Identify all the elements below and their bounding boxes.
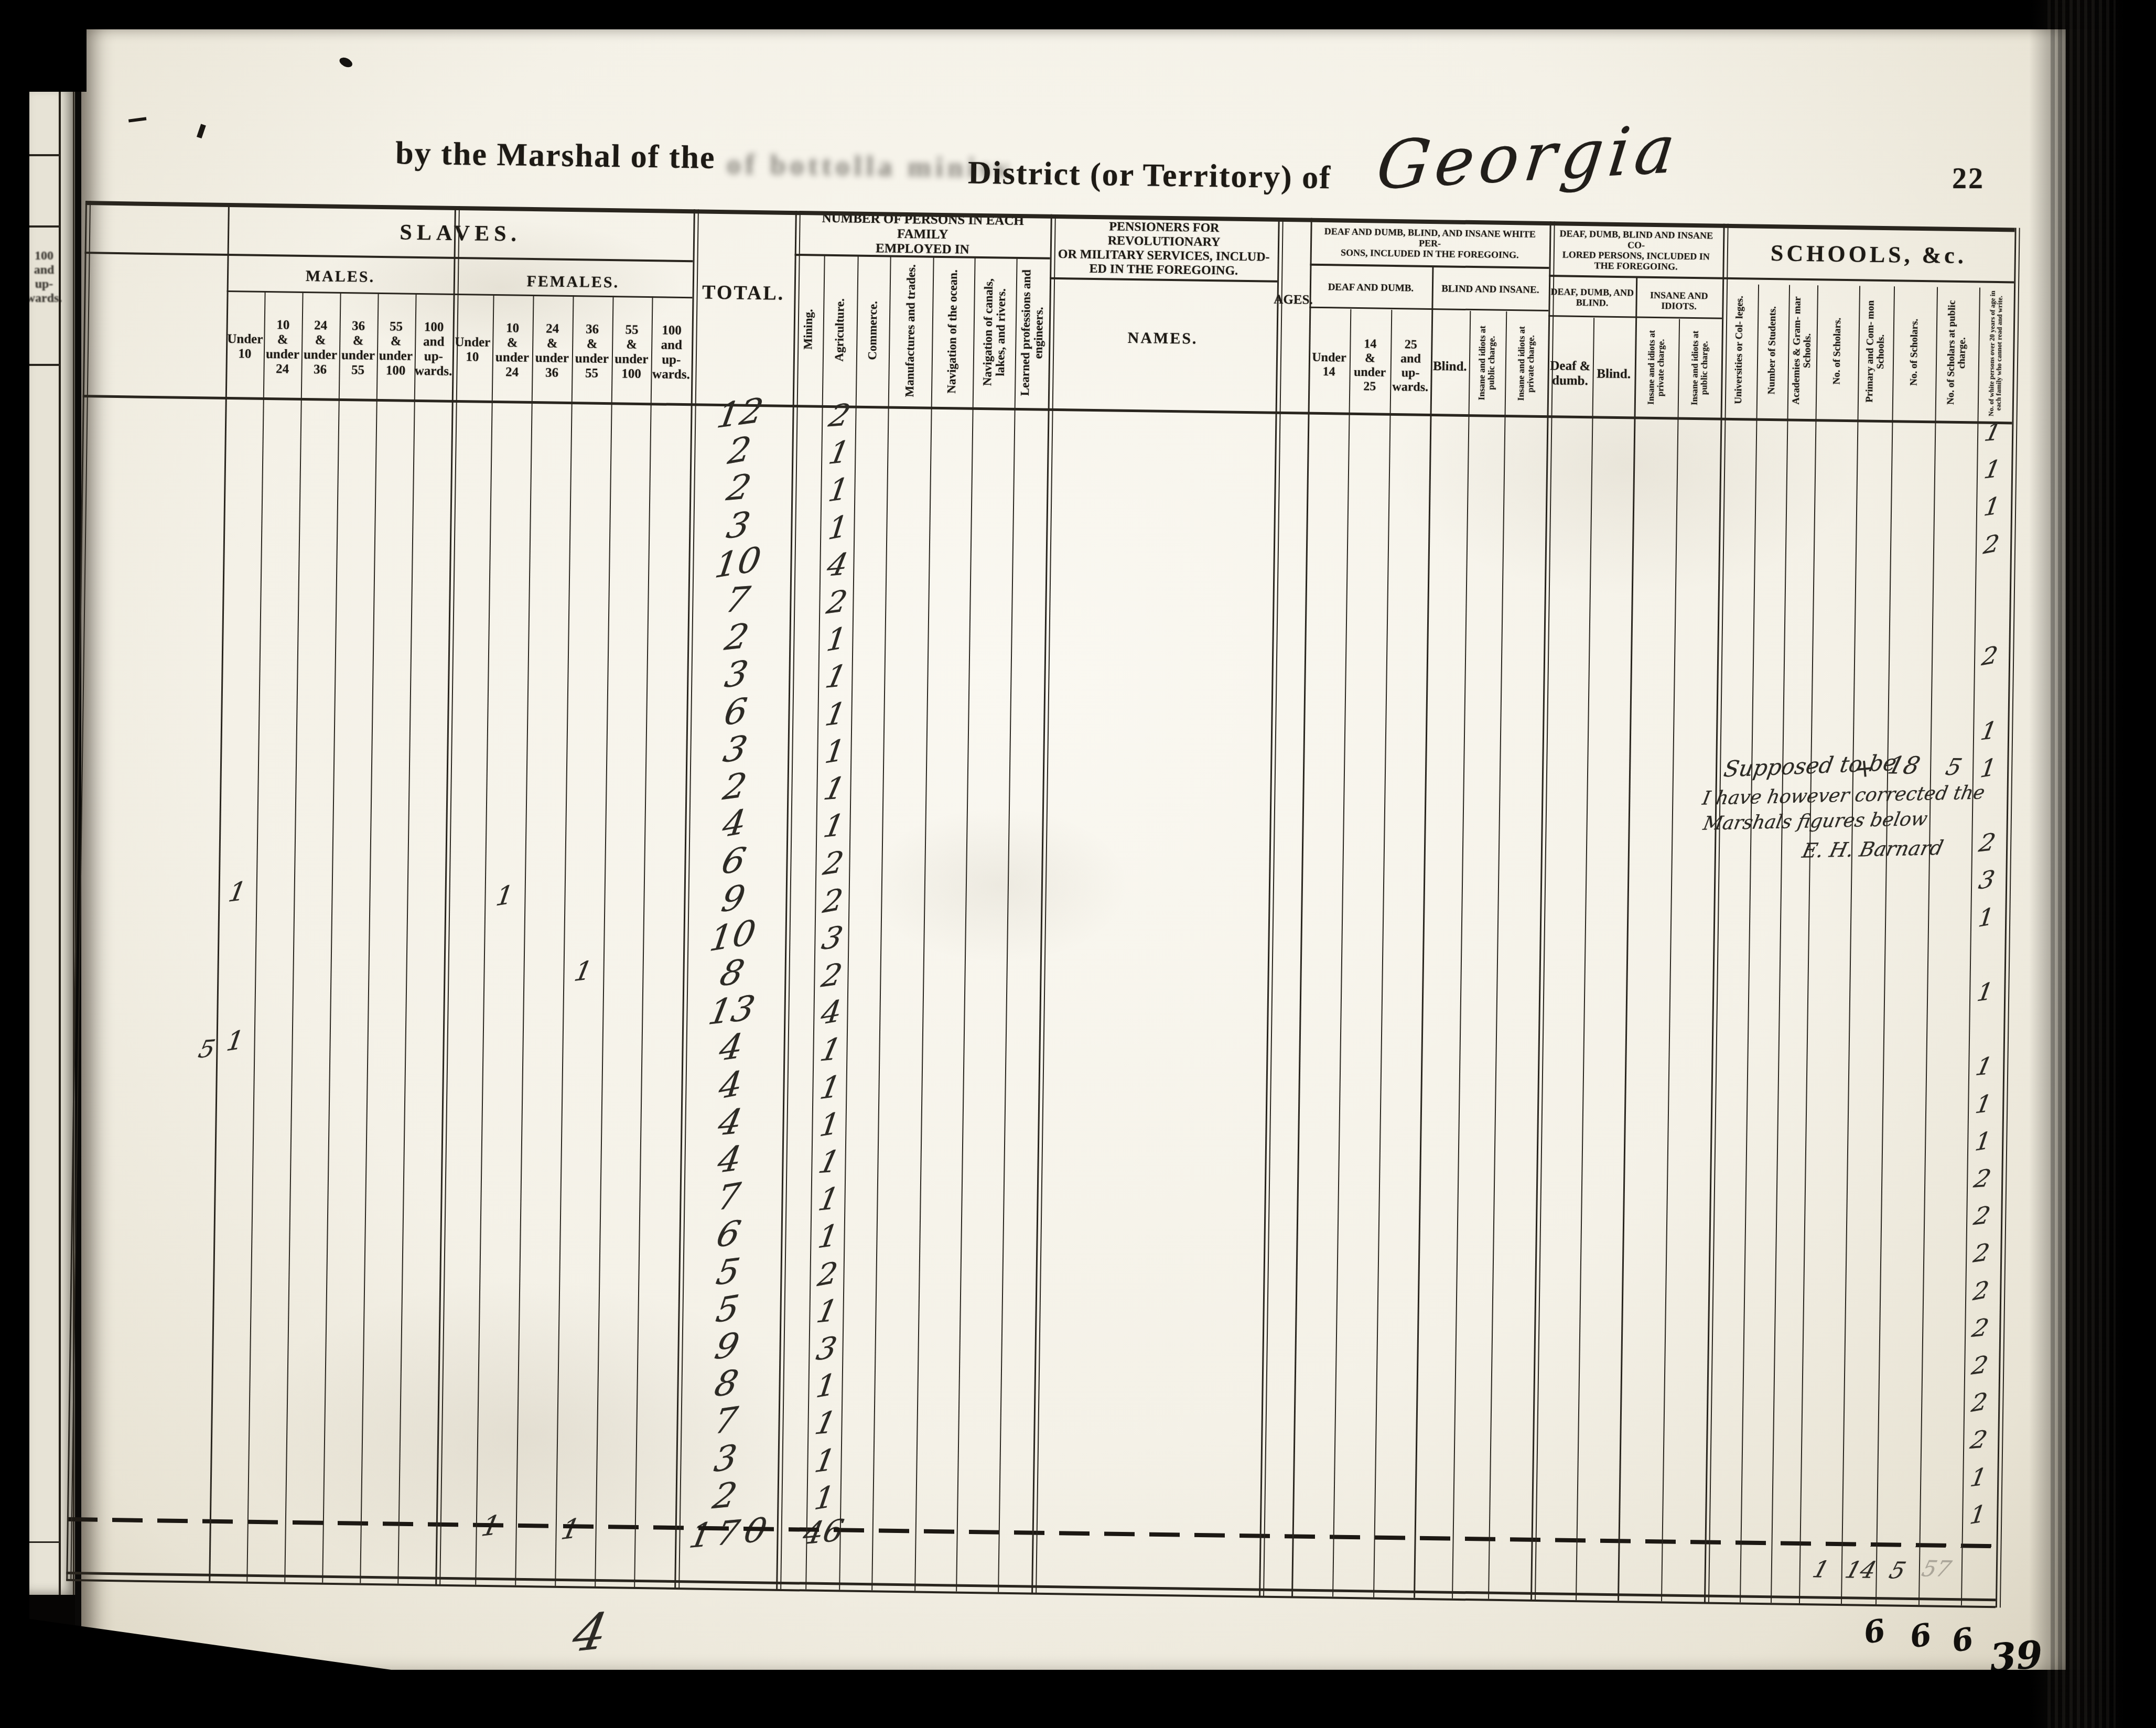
agriculture-value: 2 <box>821 844 846 882</box>
employment-group-title: NUMBER OF PERSONS IN EACH FAMILY EMPLOYE… <box>797 214 1049 255</box>
females-age-column-header: 55 & under 100 <box>611 308 652 396</box>
total-value: 2 <box>720 765 750 808</box>
total-value: 4 <box>720 802 748 846</box>
totals-schools-value-pencil: 57 <box>1919 1556 1954 1582</box>
colored-deaf-dumb-blind-title: DEAF, DUMB, AND BLIND. <box>1548 280 1636 314</box>
header-district-label: District (or Territory) of <box>967 155 1331 197</box>
slave-count-mark: 1 <box>224 1025 246 1057</box>
agriculture-value: 2 <box>821 881 845 920</box>
schools-column-header-text: No. of Scholars at public charge. <box>1946 288 1969 418</box>
column-line <box>515 295 534 1585</box>
males-age-column-header: Under 10 <box>225 303 264 391</box>
cannot-read-write-value: 1 <box>1968 1499 1988 1530</box>
agriculture-value: 1 <box>826 508 850 547</box>
slave-count-mark: 1 <box>494 879 515 912</box>
totals-total-value: 170 <box>686 1510 775 1556</box>
schools-column-header: No. of white persons over 20 years of ag… <box>1978 289 2014 418</box>
annotation-figure-18: 18 <box>1885 751 1923 780</box>
ink-stroke <box>128 117 146 122</box>
colored-insane-private-header-text: Insane and idiots at private charge. <box>1646 322 1666 413</box>
cannot-read-write-value: 1 <box>1968 1462 1989 1492</box>
females-age-column-header: 100 and up- wards. <box>651 308 692 397</box>
total-value: 5 <box>714 1287 742 1331</box>
cannot-read-write-value: 2 <box>1971 1275 1990 1305</box>
employment-column-header: Manufactures and trades. <box>888 262 933 400</box>
section-line <box>674 209 695 1589</box>
totals-schools-value: 1 <box>1809 1556 1832 1583</box>
cannot-read-write-value: 1 <box>1975 977 1996 1007</box>
total-value: 5 <box>713 1250 743 1293</box>
section-line <box>1704 224 1725 1604</box>
colored-insane-public-header: Insane and idiots at public charge. <box>1678 323 1722 414</box>
females-age-column-header: Under 10 <box>452 306 493 394</box>
total-value: 6 <box>713 1213 745 1255</box>
colored-blind-header: Blind. <box>1592 334 1635 414</box>
fragment-column-label: 100 and up- wards. <box>29 238 59 317</box>
colored-deaf-dumb-header: Deaf & dumb. <box>1547 334 1593 413</box>
column-line <box>914 257 934 1591</box>
schools-rule <box>1722 277 2014 284</box>
agriculture-value: 2 <box>816 1255 839 1293</box>
annotation-line2: I have however corrected the <box>1701 782 1987 809</box>
males-age-column-header: 55 & under 100 <box>376 305 415 393</box>
males-age-column-header: 100 and up- wards. <box>414 305 453 394</box>
scan-edge-left <box>0 0 29 1728</box>
total-value: 12 <box>714 390 766 436</box>
employment-column-header: Agriculture. <box>822 261 858 399</box>
ages-column-label: AGES. <box>1274 289 1313 311</box>
white-insane-public-header-text: Insane and idiots at public charge. <box>1477 316 1497 409</box>
agriculture-value: 1 <box>823 732 847 770</box>
males-age-column-header: 10 & under 24 <box>263 303 302 392</box>
column-line <box>1841 286 1860 1604</box>
cannot-read-write-value: 2 <box>1971 1201 1992 1231</box>
totals-female-mark: 1 <box>558 1513 583 1546</box>
scan-edge-top <box>0 0 2156 29</box>
total-column-label: TOTAL. <box>692 279 794 307</box>
employment-column-header-text: Navigation of canals, lakes, and rivers. <box>980 263 1008 401</box>
column-line <box>1875 286 1895 1604</box>
white-insane-public-header: Insane and idiots at public charge. <box>1469 316 1506 410</box>
agriculture-value: 4 <box>819 993 843 1032</box>
slave-count-mark: 1 <box>572 955 595 987</box>
colored-impaired-group-title: DEAF, DUMB, BLIND AND INSANE CO- LORED P… <box>1551 225 1721 276</box>
section-line <box>1291 218 1312 1598</box>
ink-blot <box>338 56 354 69</box>
section-line-double <box>1708 224 1729 1604</box>
total-value: 4 <box>717 1063 745 1107</box>
total-value: 2 <box>726 429 753 472</box>
total-value: 4 <box>715 1138 745 1181</box>
totals-schools-value: 5 <box>1886 1558 1909 1584</box>
agriculture-value: 1 <box>815 1181 842 1218</box>
column-line <box>1918 287 1938 1605</box>
total-value: 6 <box>723 690 750 733</box>
employment-column-header-text: Learned professions and engineers. <box>1018 264 1045 402</box>
agriculture-value: 1 <box>812 1478 837 1517</box>
slaves-rule <box>85 252 693 262</box>
section-line <box>1031 214 1052 1594</box>
agriculture-value: 1 <box>821 807 847 845</box>
agriculture-value: 1 <box>817 1068 844 1106</box>
total-value: 8 <box>716 952 748 994</box>
section-line-double <box>2000 228 2020 1608</box>
agriculture-value: 1 <box>812 1442 838 1479</box>
agriculture-value: 1 <box>822 658 850 695</box>
white-insane-private-header-text: Insane and idiots at private charge. <box>1516 317 1537 410</box>
total-value: 4 <box>715 1101 746 1143</box>
cannot-read-write-value: 2 <box>1971 1164 1993 1193</box>
annotation-signature: E. H. Barnard <box>1800 836 1946 862</box>
agriculture-value: 1 <box>814 1292 841 1330</box>
agriculture-value: 2 <box>824 583 850 621</box>
fragment-rule <box>29 364 60 366</box>
total-value: 9 <box>718 877 748 920</box>
column-line <box>1452 311 1471 1599</box>
section-line-double <box>678 209 699 1589</box>
cannot-read-write-value: 1 <box>1973 1052 1995 1081</box>
cannot-read-write-value: 1 <box>1978 753 1998 783</box>
column-line <box>956 258 976 1592</box>
white-impaired-age-header: 25 and up- wards. <box>1390 324 1431 408</box>
employment-column-header: Commerce. <box>856 262 890 399</box>
column-line <box>284 291 303 1582</box>
total-value: 7 <box>712 1399 740 1442</box>
schools-column-header: No. of Scholars. <box>1816 286 1859 416</box>
total-value: 2 <box>724 467 755 509</box>
section-line <box>209 203 230 1583</box>
total-value: 8 <box>712 1363 742 1405</box>
column-line <box>397 293 416 1584</box>
column-line <box>1373 310 1392 1597</box>
section-line-double <box>1036 214 1056 1594</box>
white-blind-header: Blind. <box>1430 325 1470 409</box>
agriculture-value: 1 <box>815 1143 844 1180</box>
white-blind-insane-title: BLIND AND INSANE. <box>1432 276 1549 304</box>
females-title: FEMALES. <box>454 269 693 295</box>
census-page: by the Marshal of the of bottolla minisv… <box>81 20 2066 1674</box>
agriculture-value: 1 <box>822 695 848 733</box>
agriculture-value: 4 <box>824 546 851 583</box>
cannot-read-write-value: 1 <box>1978 716 1999 746</box>
total-value: 6 <box>718 840 750 882</box>
slaves-title: SLAVES. <box>228 215 694 253</box>
column-line <box>555 295 574 1586</box>
schools-column-header: Primary and Com- mon Schools. <box>1858 287 1894 416</box>
total-value: 3 <box>724 504 753 546</box>
agriculture-value: 1 <box>814 1367 838 1405</box>
totals-schools-value: 14 <box>1842 1557 1879 1584</box>
white-deaf-dumb-title: DEAF AND DUMB. <box>1310 274 1432 302</box>
total-value: 7 <box>715 1175 743 1219</box>
employment-column-header: Mining. <box>793 261 824 398</box>
header-prefix: by the Marshal of the <box>395 135 716 176</box>
cannot-read-write-value: 3 <box>1977 865 1997 895</box>
schools-column-header: Academies & Gram- mar Schools. <box>1787 286 1817 415</box>
cannot-read-write-value: 2 <box>1968 1425 1990 1454</box>
females-age-column-header: 24 & under 36 <box>532 307 573 395</box>
column-line <box>246 291 265 1582</box>
total-value: 7 <box>721 579 753 621</box>
cannot-read-write-value: 1 <box>1982 455 2003 484</box>
white-impaired-age-header: 14 & under 25 <box>1349 323 1391 408</box>
cannot-read-write-value: 1 <box>1982 491 2002 522</box>
agriculture-value: 1 <box>812 1405 839 1442</box>
cannot-read-write-value: 2 <box>1970 1313 1991 1342</box>
cannot-read-write-value: 2 <box>1982 528 2001 559</box>
males-title: MALES. <box>227 264 454 289</box>
total-value: 4 <box>717 1026 746 1069</box>
section-line <box>1259 218 1280 1597</box>
total-value: 13 <box>705 988 758 1033</box>
white-insane-private-header: Insane and idiots at private charge. <box>1505 317 1548 411</box>
column-line <box>1799 285 1818 1603</box>
cannot-read-write-value: 2 <box>1970 1350 1990 1380</box>
agriculture-value: 1 <box>824 620 848 658</box>
agriculture-value: 1 <box>826 434 853 471</box>
total-value: 2 <box>709 1474 740 1517</box>
section-line-double <box>780 211 801 1591</box>
white-impaired-age-header: Under 14 <box>1308 323 1350 407</box>
scan-edge-right-streaks <box>2047 0 2116 1728</box>
employment-column-header: Navigation of the ocean. <box>931 263 975 401</box>
section-line-double <box>1263 218 1284 1597</box>
white-group-rule <box>1310 264 1549 269</box>
colored-insane-idiots-title: INSANE AND IDIOTS. <box>1635 288 1722 313</box>
total-value: 9 <box>711 1325 743 1367</box>
column-line <box>1771 285 1790 1603</box>
annotation-figure-5: 5 <box>1943 754 1965 781</box>
column-line <box>1414 267 1433 1598</box>
employment-column-header-text: Navigation of the ocean. <box>945 269 960 394</box>
total-value: 3 <box>720 728 751 771</box>
males-age-column-header: 24 & under 36 <box>301 304 340 392</box>
employment-column-header-text: Commerce. <box>866 301 880 360</box>
employment-column-header: Navigation of canals, lakes, and rivers. <box>973 263 1017 401</box>
annotation-cross-mark: + <box>1853 753 1877 784</box>
ink-stroke <box>197 124 206 138</box>
schools-column-header-text: Academies & Gram- mar Schools. <box>1791 286 1814 416</box>
cannot-read-write-value: 2 <box>1970 1387 1989 1418</box>
schools-column-header-text: Number of Students. <box>1767 306 1778 394</box>
agriculture-value: 2 <box>826 397 854 434</box>
total-value: 10 <box>707 912 759 959</box>
schools-column-header-text: Primary and Com- mon Schools. <box>1864 287 1887 417</box>
white-subgroup-rule <box>1309 307 1548 311</box>
cannot-read-write-value: 1 <box>1974 1126 1993 1157</box>
females-age-column-header: 10 & under 24 <box>492 306 533 395</box>
cannot-read-write-value: 2 <box>1971 1238 1991 1268</box>
annotation-line3: Marshals figures below <box>1701 808 1929 835</box>
total-value: 10 <box>713 539 764 586</box>
column-line <box>360 293 379 1583</box>
page-number-top: 22 <box>1952 163 1985 196</box>
column-line <box>1332 309 1351 1597</box>
column-line <box>871 257 891 1591</box>
section-line-double <box>439 206 460 1586</box>
column-line <box>1488 311 1507 1599</box>
employment-column-header-text: Mining. <box>802 309 815 350</box>
pensioners-group-title: PENSIONERS FOR REVOLUTIONARY OR MILITARY… <box>1052 220 1276 278</box>
names-column-label: NAMES. <box>1049 325 1277 352</box>
agriculture-value: 2 <box>819 956 845 994</box>
fragment-rule <box>29 1541 60 1543</box>
column-line <box>1576 318 1594 1600</box>
schools-column-header-text: No. of white persons over 20 years of ag… <box>1988 289 2004 418</box>
employment-column-header-text: Manufactures and trades. <box>903 264 918 397</box>
cannot-read-write-value: 1 <box>1977 902 1996 932</box>
schools-column-header: Universities or Col- leges. <box>1721 285 1758 415</box>
column-line <box>634 296 653 1587</box>
column-line <box>1618 277 1637 1601</box>
section-line <box>776 211 797 1591</box>
white-impaired-group-title: DEAF AND DUMB, BLIND, AND INSANE WHITE P… <box>1312 225 1548 262</box>
fragment-rule <box>29 154 60 156</box>
section-line-double <box>1535 221 1555 1601</box>
column-line <box>1661 319 1680 1602</box>
section-line <box>435 206 456 1586</box>
cannot-read-write-value: 2 <box>1980 641 2000 671</box>
agriculture-value: 1 <box>817 1031 845 1068</box>
colored-insane-public-header-text: Insane and idiots at public charge. <box>1690 323 1710 413</box>
males-age-column-header: 36 & under 55 <box>339 304 378 393</box>
column-line <box>322 292 341 1583</box>
schools-column-header-text: No. of Scholars. <box>1909 319 1920 386</box>
schools-column-header-text: Universities or Col- leges. <box>1733 296 1745 404</box>
column-line <box>595 296 613 1586</box>
cannot-read-write-value: 2 <box>1977 828 1998 858</box>
colored-insane-private-header: Insane and idiots at private charge. <box>1634 322 1679 413</box>
agriculture-value: 3 <box>819 919 846 956</box>
total-value: 3 <box>722 653 751 696</box>
census-scan: 100 and up- wards. by the Marshal of the… <box>0 0 2156 1728</box>
employment-column-header-text: Agriculture. <box>833 298 847 362</box>
total-value: 2 <box>722 616 752 658</box>
fragment-rule <box>29 225 60 228</box>
column-line <box>998 258 1018 1592</box>
agriculture-value: 1 <box>821 770 849 807</box>
schools-column-header-text: No. of Scholars. <box>1831 318 1843 385</box>
column-line <box>1740 285 1759 1603</box>
margin-mark: 5 <box>196 1034 218 1064</box>
section-line <box>1530 221 1551 1601</box>
schools-group-title: SCHOOLS, &c. <box>1723 238 2015 272</box>
agriculture-value: 3 <box>814 1330 839 1367</box>
column-line <box>475 294 494 1585</box>
schools-column-header: No. of Scholars. <box>1892 287 1937 417</box>
females-age-column-header: 36 & under 55 <box>572 307 612 396</box>
cannot-read-write-value: 1 <box>1973 1089 1994 1119</box>
tilted-table-area: by the Marshal of the of bottolla minisv… <box>61 20 2068 1702</box>
district-value-handwriting: Georgia <box>1373 110 1684 204</box>
total-value: 3 <box>712 1437 739 1480</box>
schools-column-header: Number of Students. <box>1756 286 1789 415</box>
employment-column-header: Learned professions and engineers. <box>1015 264 1050 402</box>
agriculture-value: 1 <box>826 471 851 509</box>
schools-column-header: No. of Scholars at public charge. <box>1935 288 1979 417</box>
slave-count-mark: 1 <box>226 876 249 908</box>
agriculture-value: 1 <box>817 1105 842 1143</box>
agriculture-value: 1 <box>815 1217 840 1256</box>
